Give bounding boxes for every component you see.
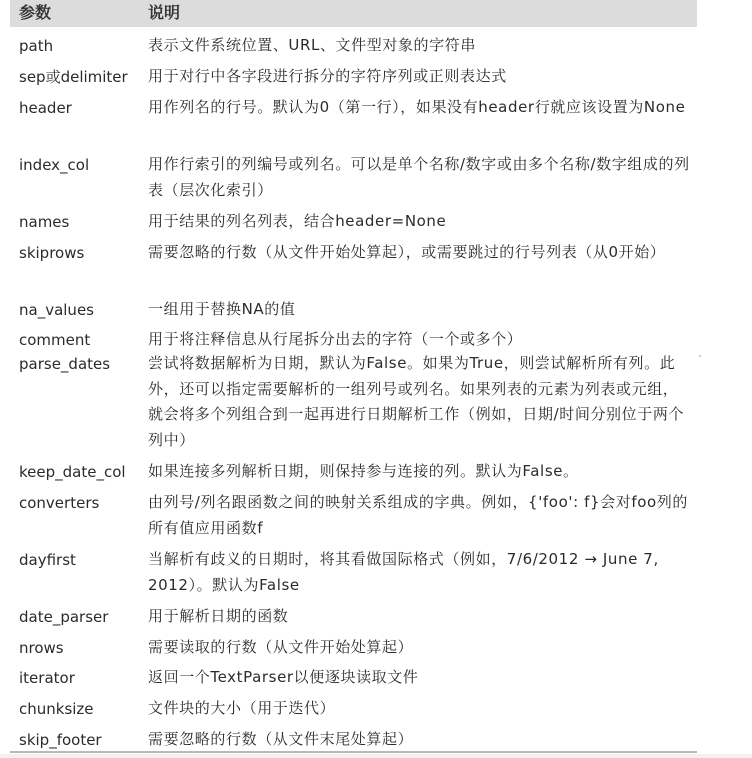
- param-name: skip_footer: [19, 727, 102, 753]
- param-name: path: [19, 33, 53, 59]
- param-desc: 用于解析日期的函数: [148, 604, 693, 630]
- param-desc: 尝试将数据解析为日期，默认为False。如果为True，则尝试解析所有列。此外，…: [148, 351, 693, 454]
- param-name: dayfirst: [19, 547, 76, 573]
- param-name: sep或delimiter: [19, 64, 128, 90]
- param-name: date_parser: [19, 604, 108, 630]
- param-name: index_col: [19, 152, 89, 178]
- param-name: skiprows: [19, 240, 84, 266]
- page-edge: [0, 754, 752, 758]
- param-name: chunksize: [19, 696, 94, 722]
- scan-speck: [699, 355, 701, 357]
- param-desc: 用于对行中各字段进行拆分的字符序列或正则表达式: [148, 64, 693, 90]
- param-desc: 用作列名的行号。默认为0（第一行），如果没有header行就应该设置为None: [148, 95, 693, 121]
- param-name: comment: [19, 327, 90, 353]
- param-name: header: [19, 95, 72, 121]
- param-name: parse_dates: [19, 351, 110, 377]
- param-desc: 需要忽略的行数（从文件末尾处算起）: [148, 727, 693, 753]
- param-desc: 文件块的大小（用于迭代）: [148, 696, 693, 722]
- param-desc: 用于将注释信息从行尾拆分出去的字符（一个或多个）: [148, 327, 693, 353]
- param-desc: 用作行索引的列编号或列名。可以是单个名称/数字或由多个名称/数字组成的列表（层次…: [148, 152, 693, 203]
- param-desc: 返回一个TextParser以便逐块读取文件: [148, 665, 693, 691]
- param-desc: 如果连接多列解析日期，则保持参与连接的列。默认为False。: [148, 459, 693, 485]
- param-desc: 由列号/列名跟函数之间的映射关系组成的字典。例如，{'foo': f}会对foo…: [148, 490, 693, 541]
- param-desc: 用于结果的列名列表，结合header=None: [148, 209, 693, 235]
- param-desc: 需要读取的行数（从文件开始处算起）: [148, 635, 693, 661]
- param-desc: 当解析有歧义的日期时，将其看做国际格式（例如，7/6/2012 → June 7…: [148, 547, 693, 598]
- param-desc: 表示文件系统位置、URL、文件型对象的字符串: [148, 33, 693, 59]
- param-name: nrows: [19, 635, 64, 661]
- param-name: names: [19, 209, 69, 235]
- param-desc: 需要忽略的行数（从文件开始处算起），或需要跳过的行号列表（从0开始）: [148, 240, 693, 266]
- param-name: converters: [19, 490, 99, 516]
- param-name: na_values: [19, 297, 94, 323]
- column-header-desc: 说明: [148, 3, 180, 23]
- parameter-table: 参数 说明 path 表示文件系统位置、URL、文件型对象的字符串 sep或de…: [10, 0, 697, 27]
- param-desc: 一组用于替换NA的值: [148, 297, 693, 323]
- param-name: keep_date_col: [19, 459, 126, 485]
- table-bottom-rule: [10, 751, 697, 753]
- column-header-param: 参数: [19, 3, 51, 23]
- param-name: iterator: [19, 665, 75, 691]
- table-header: 参数 说明: [10, 0, 697, 27]
